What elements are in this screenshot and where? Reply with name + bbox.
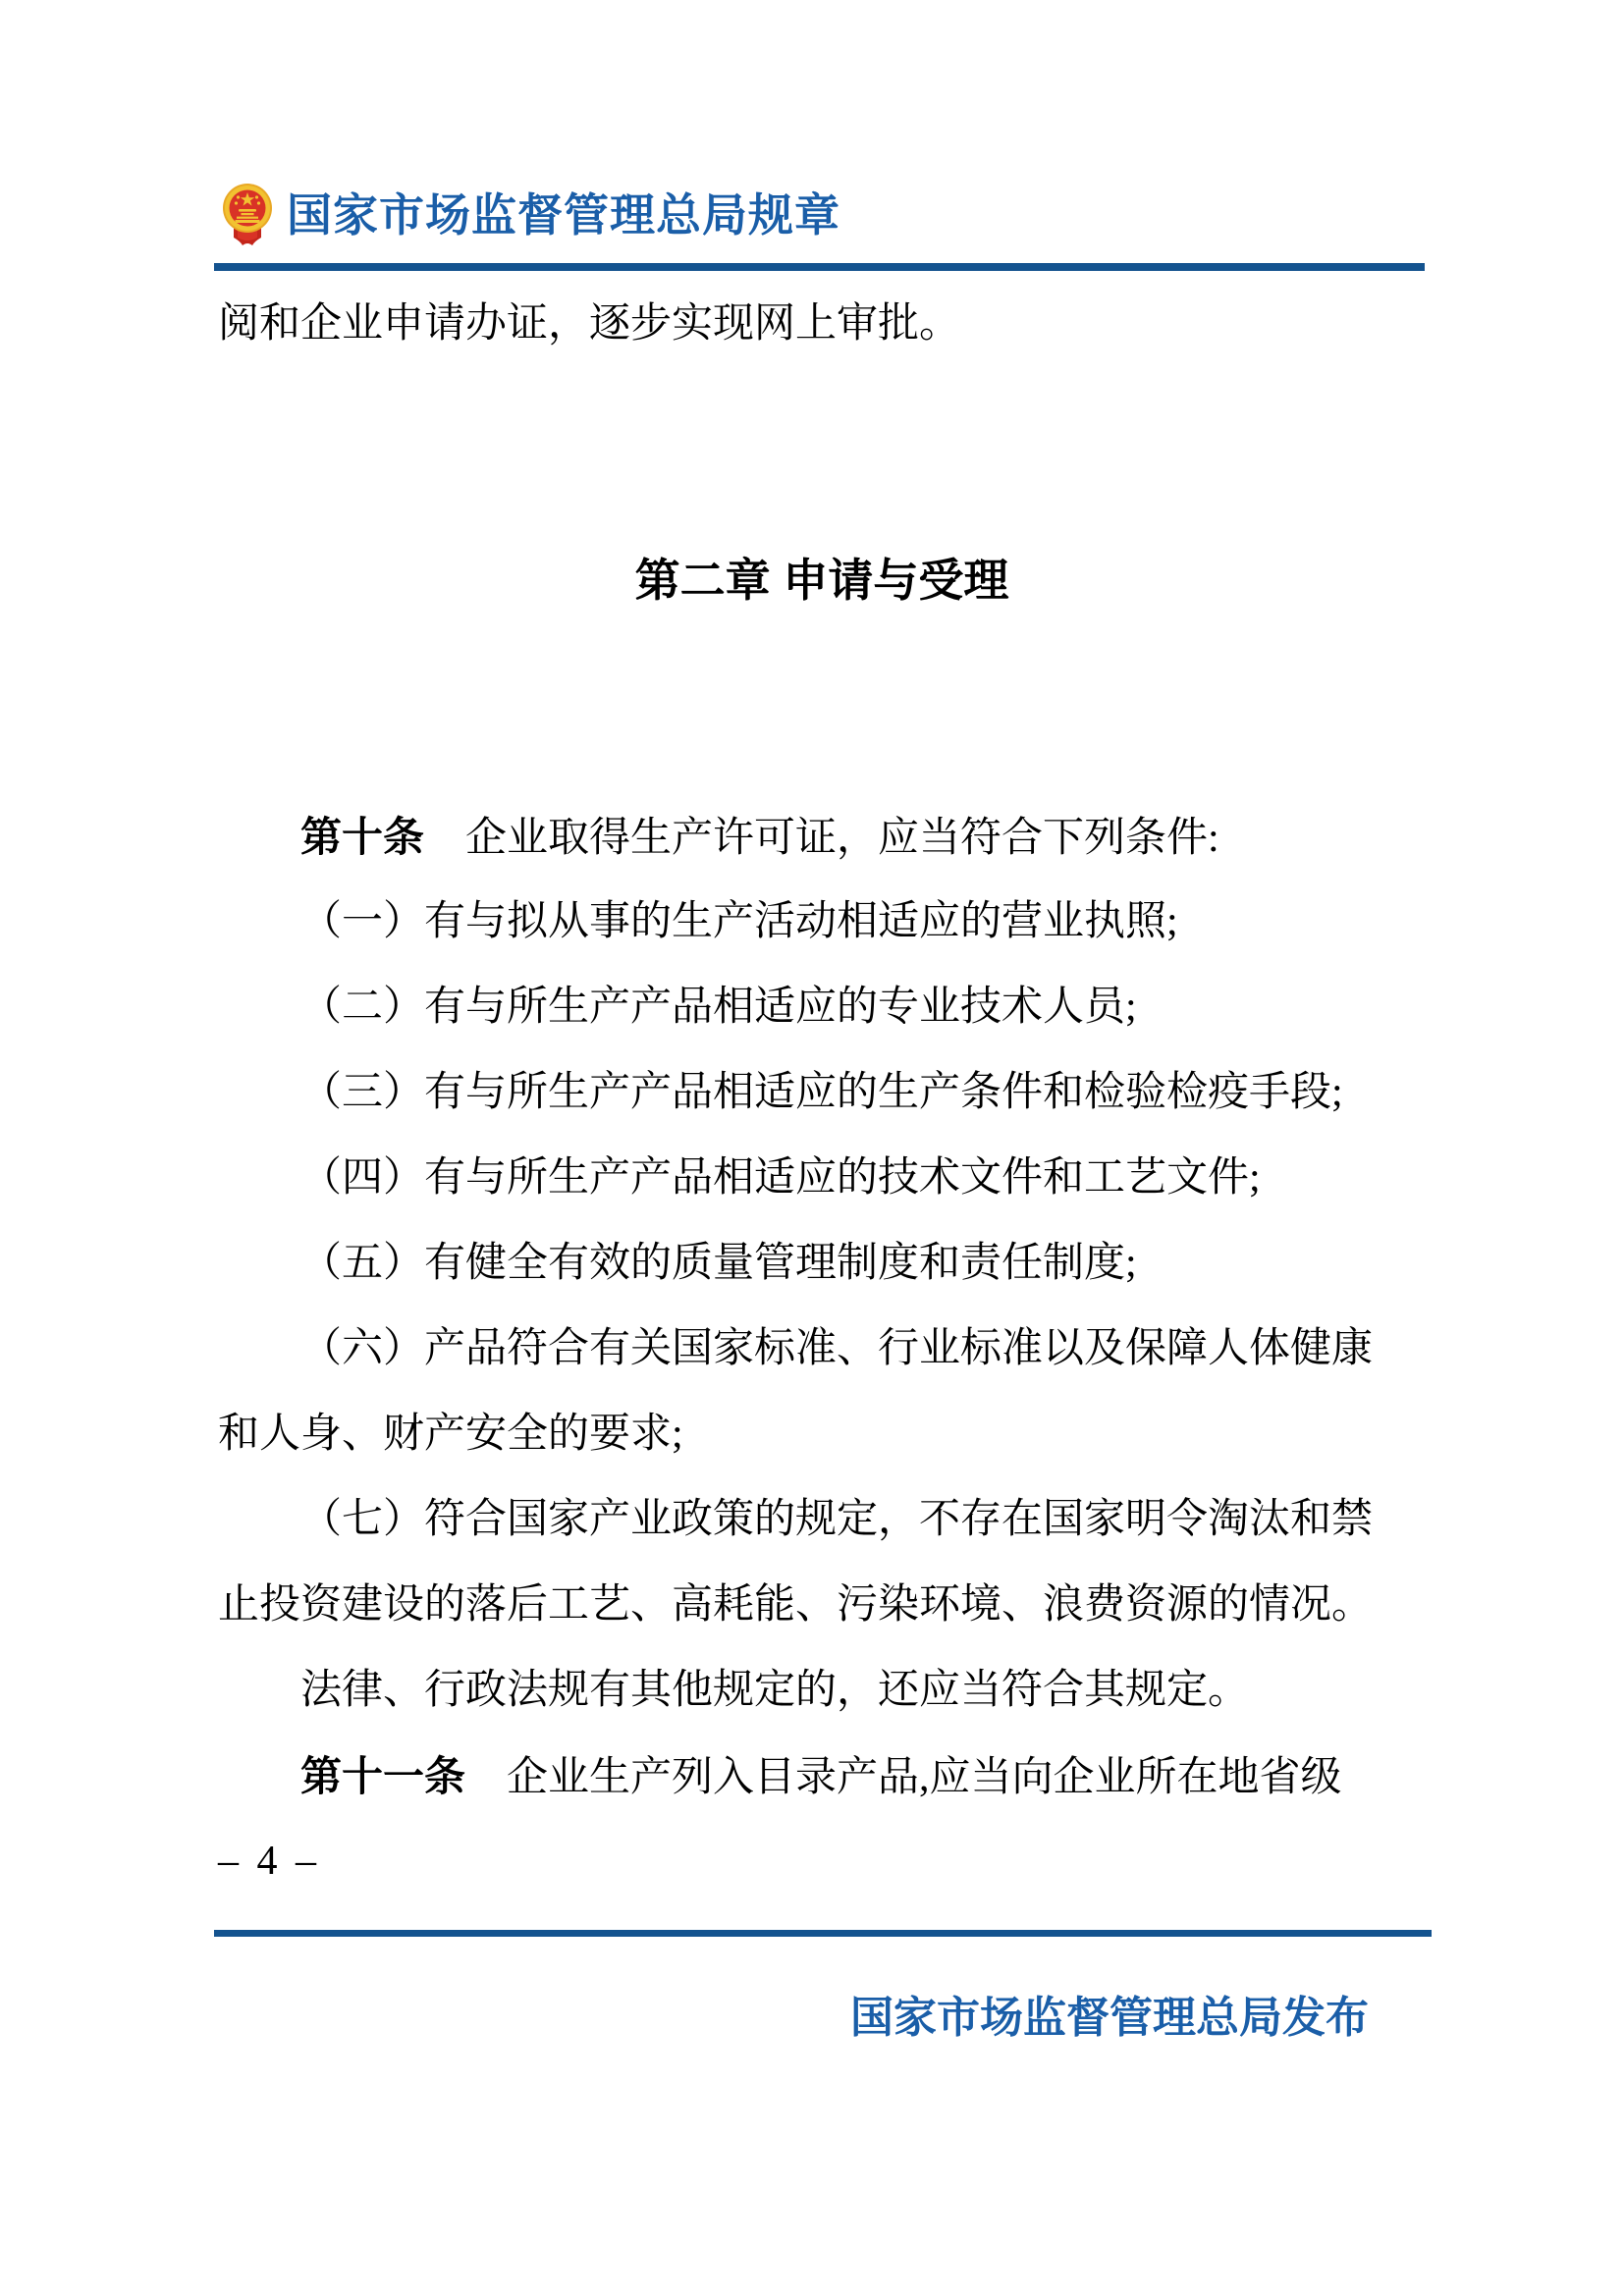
text-line: （五）有健全有效的质量管理制度和责任制度; [218,1221,1426,1307]
chapter-heading: 第二章 申请与受理 [218,538,1426,623]
text-line: （一）有与拟从事的生产活动相适应的营业执照; [218,880,1426,965]
text-line: 第十条企业取得生产许可证，应当符合下列条件: [218,794,1426,880]
article-number: 第十条 [300,814,424,860]
text-line: （四）有与所生产产品相适应的技术文件和工艺文件; [218,1136,1426,1221]
line-text: （二）有与所生产产品相适应的专业技术人员; [300,985,1137,1030]
empty-line [218,623,1426,709]
text-line: 止投资建设的落后工艺、高耗能、污染环境、浪费资源的情况。 [218,1563,1426,1648]
line-text: 止投资建设的落后工艺、高耗能、污染环境、浪费资源的情况。 [218,1582,1373,1628]
footer-rule [214,1930,1432,1937]
document-page: 国家市场监督管理总局规章 阅和企业申请办证，逐步实现网上审批。第二章 申请与受理… [0,0,1624,2296]
line-text: 和人身、财产安全的要求; [218,1412,683,1457]
prc-national-emblem-icon [222,183,273,247]
article-number: 第十一条 [300,1753,465,1799]
empty-line [218,367,1426,453]
empty-line [218,453,1426,538]
line-text: 阅和企业申请办证，逐步实现网上审批。 [218,301,960,347]
line-text: 企业生产列入目录产品,应当向企业所在地省级 [507,1755,1342,1800]
text-line: （六）产品符合有关国家标准、行业标准以及保障人体健康 [218,1307,1426,1392]
line-text: 企业取得生产许可证，应当符合下列条件: [465,816,1219,861]
line-text: （一）有与拟从事的生产活动相适应的营业执照; [300,899,1178,944]
text-line: （七）符合国家产业政策的规定，不存在国家明令淘汰和禁 [218,1477,1426,1563]
text-line: 和人身、财产安全的要求; [218,1392,1426,1477]
text-line: （二）有与所生产产品相适应的专业技术人员; [218,965,1426,1050]
line-text: （四）有与所生产产品相适应的技术文件和工艺文件; [300,1155,1261,1201]
footer-publisher: 国家市场监督管理总局发布 [850,1989,1369,2048]
line-text: （六）产品符合有关国家标准、行业标准以及保障人体健康 [300,1326,1373,1371]
line-text: 法律、行政法规有其他规定的，还应当符合其规定。 [300,1668,1249,1713]
text-line: 阅和企业申请办证，逐步实现网上审批。 [218,282,1426,367]
text-line: （三）有与所生产产品相适应的生产条件和检验检疫手段; [218,1050,1426,1136]
header-title: 国家市场监督管理总局规章 [287,183,840,247]
text-line: 第十一条企业生产列入目录产品,应当向企业所在地省级 [218,1734,1426,1819]
empty-line [218,709,1426,794]
line-text: 第二章 申请与受理 [635,555,1009,606]
text-line: 法律、行政法规有其他规定的，还应当符合其规定。 [218,1648,1426,1734]
line-text: （五）有健全有效的质量管理制度和责任制度; [300,1241,1137,1286]
header-rule [214,263,1425,271]
line-text: （七）符合国家产业政策的规定，不存在国家明令淘汰和禁 [300,1497,1373,1542]
page-number: – 4 – [218,1819,320,1904]
document-body: 阅和企业申请办证，逐步实现网上审批。第二章 申请与受理第十条企业取得生产许可证，… [218,282,1426,1819]
line-text: （三）有与所生产产品相适应的生产条件和检验检疫手段; [300,1070,1343,1115]
